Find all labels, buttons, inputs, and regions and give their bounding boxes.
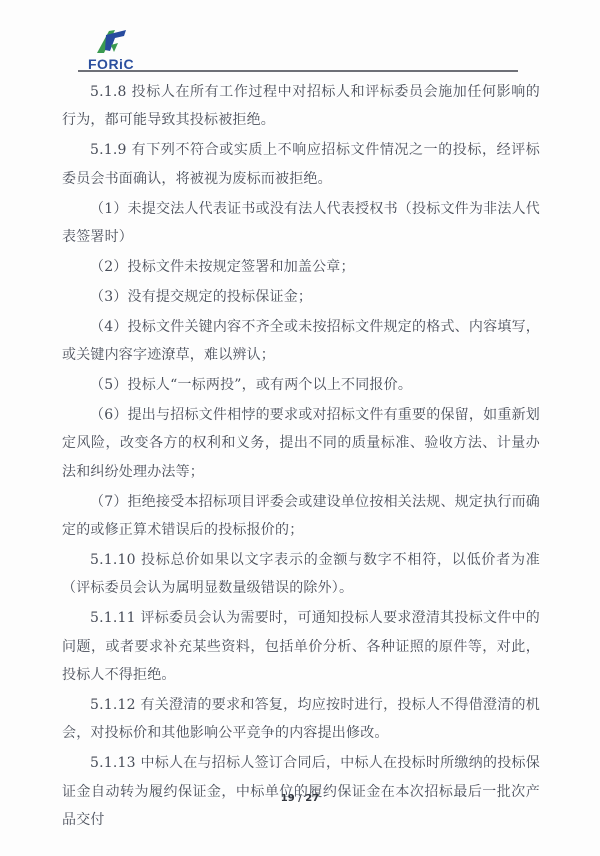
header-divider	[78, 70, 518, 72]
paragraph-5-1-11: 5.1.11 评标委员会认为需要时，可通知投标人要求澄清其投标文件中的问题，或者…	[62, 604, 540, 689]
document-body: 5.1.8 投标人在所有工作过程中对招标人和评标委员会施加任何影响的行为，都可能…	[62, 78, 540, 836]
paragraph-5-1-10: 5.1.10 投标总价如果以文字表示的金额与数字不相符，以低价者为准（评标委员会…	[62, 546, 540, 603]
paragraph-5-1-9: 5.1.9 有下列不符合或实质上不响应招标文件情况之一的投标，经评标委员会书面确…	[62, 136, 540, 193]
document-page: FORiC 5.1.8 投标人在所有工作过程中对招标人和评标委员会施加任何影响的…	[0, 0, 600, 856]
foric-logo-icon	[94, 26, 128, 56]
paragraph-5-1-12: 5.1.12 有关澄清的要求和答复，均应按时进行，投标人不得借澄清的机会，对投标…	[62, 691, 540, 748]
clause-item-1: （1）未提交法人代表证书或没有法人代表授权书（投标文件为非法人代表签署时）	[62, 195, 540, 252]
clause-item-6: （6）提出与招标文件相悖的要求或对招标文件有重要的保留，如重新划定风险，改变各方…	[62, 401, 540, 486]
clause-item-4: （4）投标文件关键内容不齐全或未按招标文件规定的格式、内容填写，或关键内容字迹潦…	[62, 313, 540, 370]
clause-item-2: （2）投标文件未按规定签署和加盖公章；	[62, 253, 540, 281]
clause-item-3: （3）没有提交规定的投标保证金；	[62, 283, 540, 311]
foric-logo: FORiC	[88, 26, 134, 71]
clause-item-7: （7）拒绝接受本招标项目评委会或建设单位按相关法规、规定执行而确定的或修正算术错…	[62, 488, 540, 545]
page-number: 19 / 27	[0, 793, 600, 804]
clause-item-5: （5）投标人“一标两投”，或有两个以上不同报价。	[62, 371, 540, 399]
paragraph-5-1-13: 5.1.13 中标人在与招标人签订合同后，中标人在投标时所缴纳的投标保证金自动转…	[62, 749, 540, 834]
paragraph-5-1-8: 5.1.8 投标人在所有工作过程中对招标人和评标委员会施加任何影响的行为，都可能…	[62, 78, 540, 135]
page-header: FORiC	[88, 26, 134, 71]
foric-logo-text: FORiC	[88, 57, 134, 71]
